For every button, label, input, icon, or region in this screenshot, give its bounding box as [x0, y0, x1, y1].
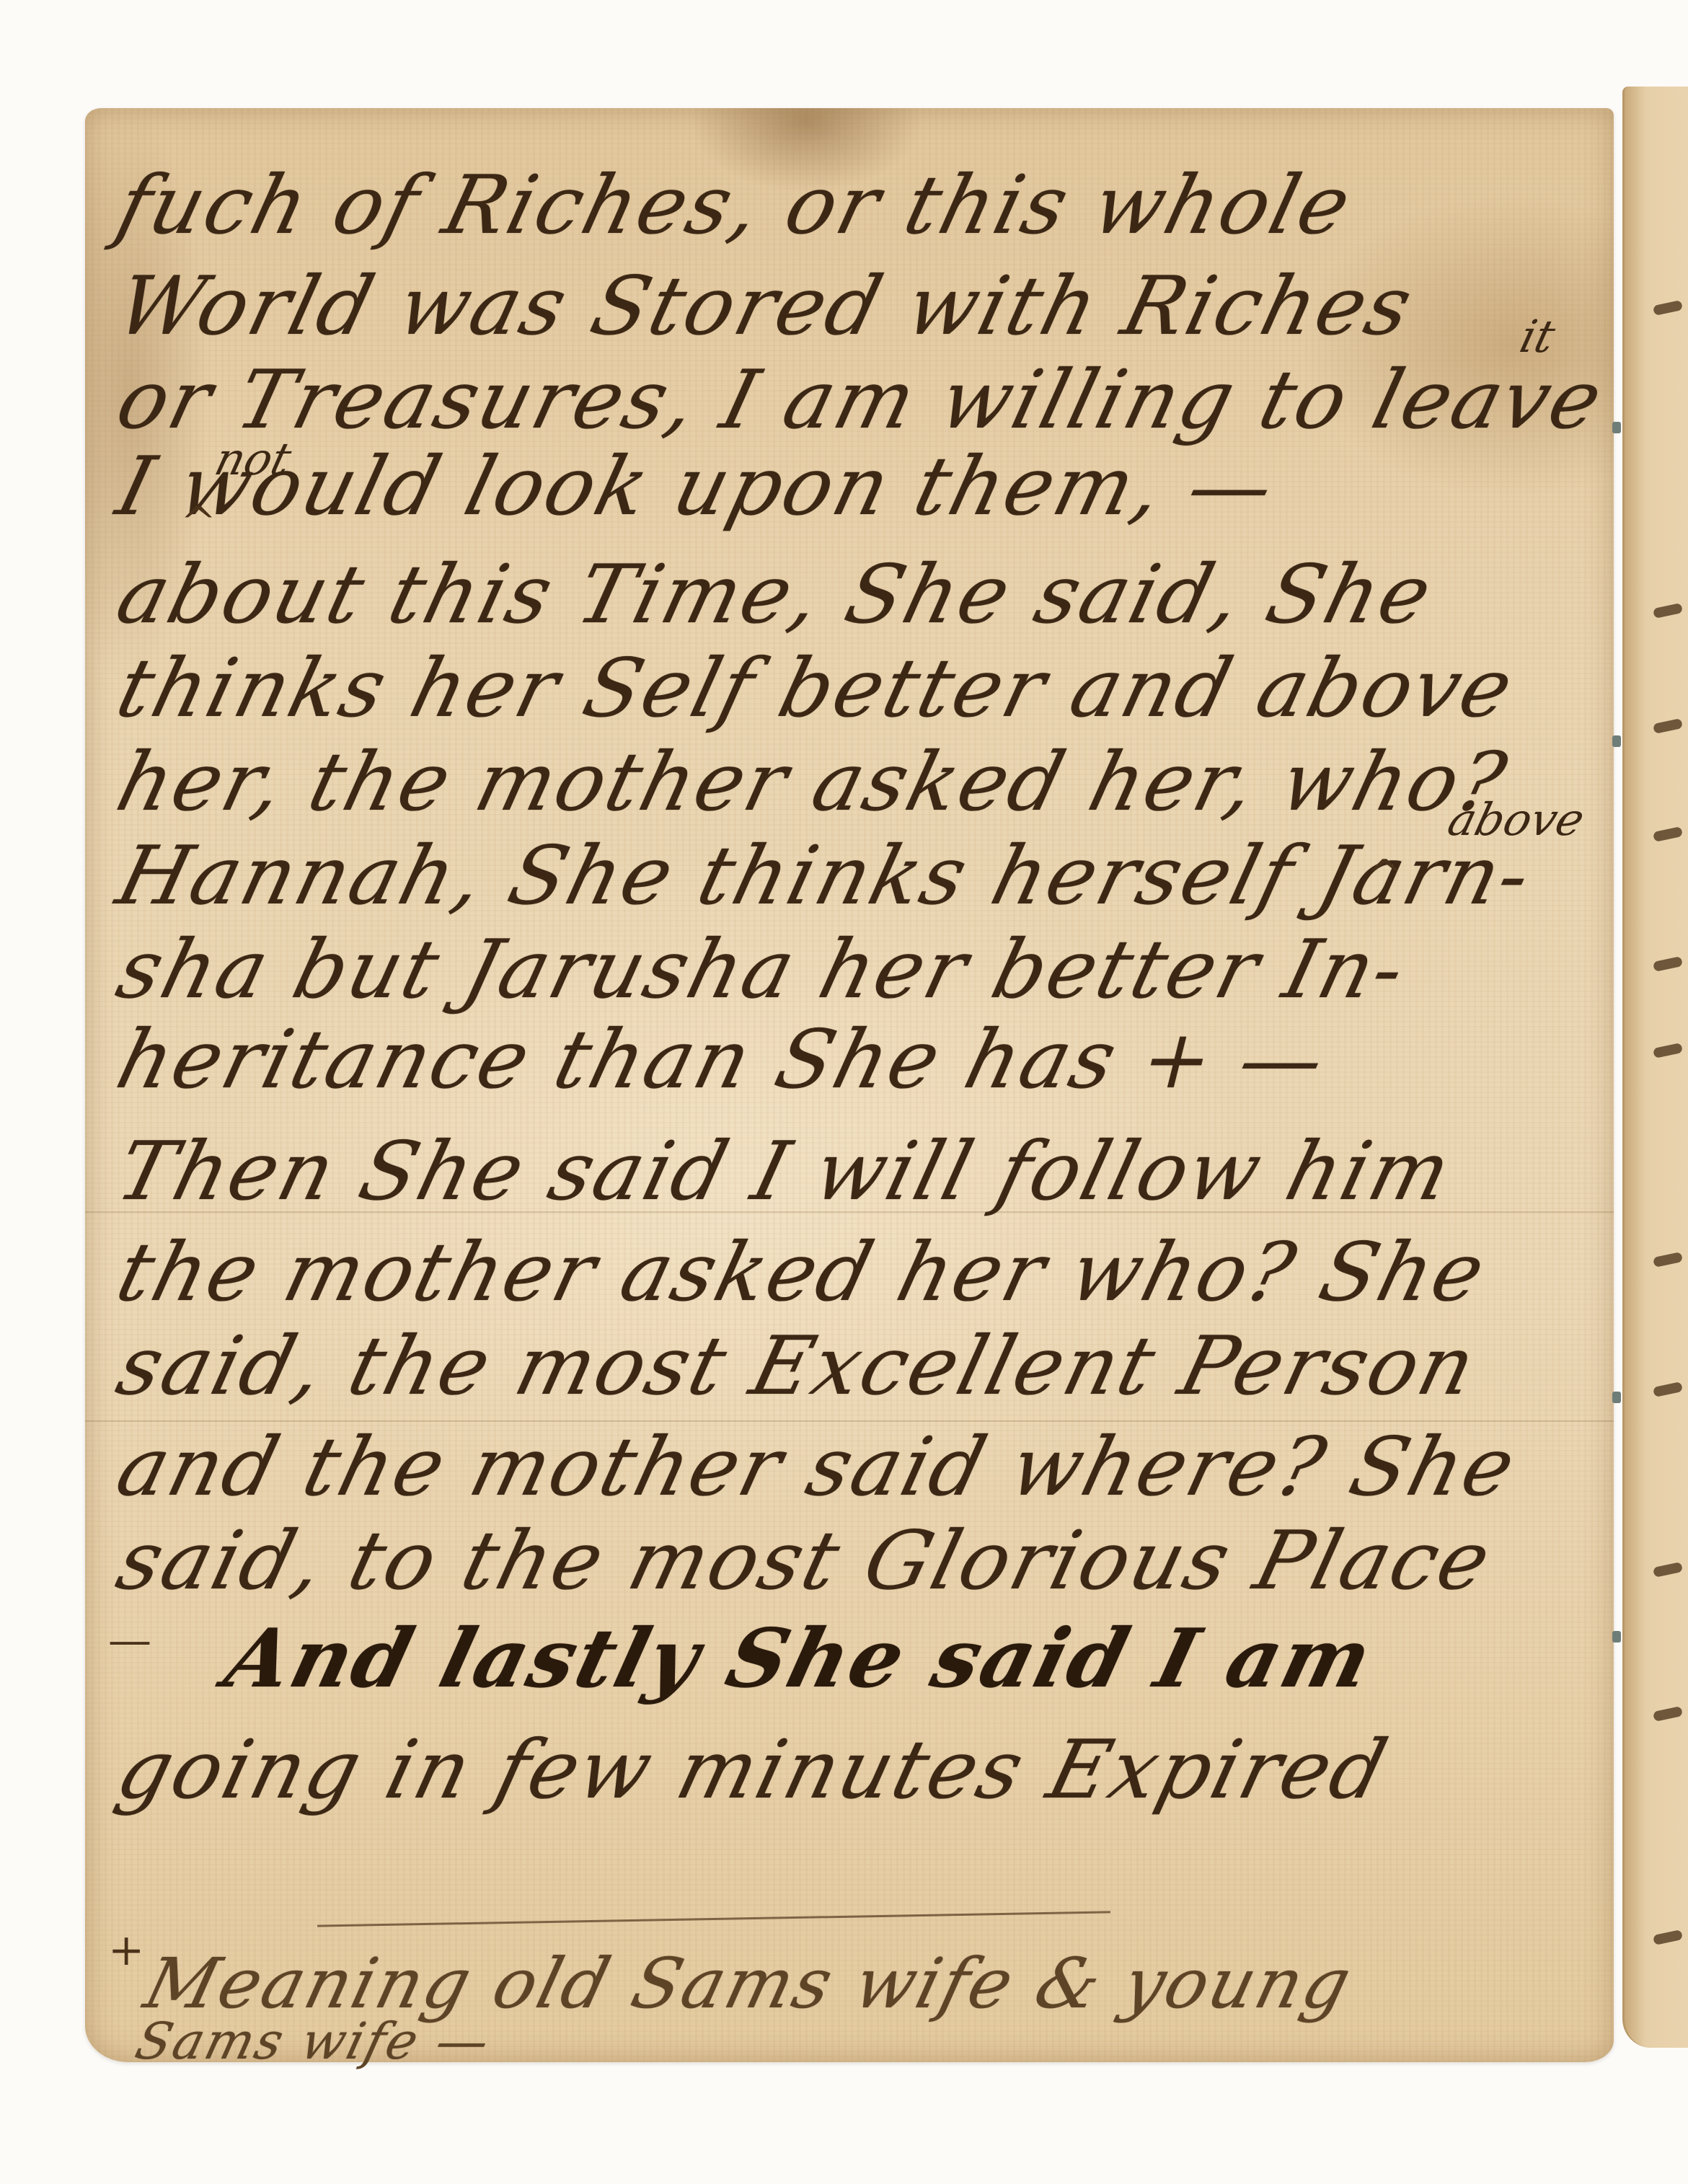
- ink-fragment: [1653, 300, 1683, 316]
- insertion-not: not: [210, 433, 296, 485]
- ink-fragment: [1653, 718, 1683, 734]
- manuscript-line-1: fuch of Riches, or this whole: [108, 159, 1361, 252]
- caret-mark: ^: [180, 498, 216, 548]
- ink-fragment: [1653, 1043, 1683, 1058]
- ink-fragment: [1653, 1929, 1683, 1945]
- manuscript-line-14: and the mother said where? She: [108, 1420, 1526, 1514]
- footnote-line-2: Sams wife —: [130, 2012, 498, 2071]
- ink-fragment: [1653, 1562, 1683, 1578]
- ink-fragment: [1653, 1381, 1683, 1397]
- ink-fragment: [1653, 1252, 1683, 1268]
- manuscript-line-17: going in few minutes Expired: [108, 1723, 1397, 1817]
- binding-stitch: [1612, 1631, 1621, 1643]
- footnote-marker: +: [108, 1925, 144, 1976]
- manuscript-line-12: the mother asked her who? She: [108, 1226, 1495, 1319]
- manuscript-line-5: about this Time, She said, She: [108, 548, 1442, 642]
- ink-fragment: [1653, 1706, 1683, 1722]
- binding-stitch: [1612, 1392, 1621, 1403]
- ink-fragment: [1653, 956, 1683, 972]
- manuscript-line-6: thinks her Self better and above: [108, 642, 1524, 735]
- manuscript-line-3: or Treasures, I am willing to leave: [108, 353, 1613, 447]
- manuscript-line-7: her, the mother asked her, who?: [108, 735, 1517, 829]
- manuscript-line-11: Then She said I will follow him: [108, 1125, 1462, 1219]
- manuscript-line-2: World was Stored with Riches: [108, 260, 1423, 353]
- binding-stitch: [1612, 735, 1621, 747]
- manuscript-line-13: said, the most Excellent Person: [108, 1319, 1486, 1413]
- margin-dash: —: [108, 1615, 151, 1666]
- facing-page-fragment: [1622, 87, 1688, 2048]
- manuscript-line-9: sha but Jarusha her better In-: [108, 923, 1415, 1017]
- manuscript-line-16: And lastly She said I am: [216, 1612, 1382, 1706]
- caret-mark: ^: [1366, 851, 1402, 901]
- manuscript-line-8: Hannah, She thinks herself Jarn-: [108, 829, 1542, 923]
- binding-stitch: [1612, 422, 1621, 433]
- manuscript-line-10: heritance than She has + —: [108, 1013, 1336, 1107]
- ink-fragment: [1653, 826, 1683, 842]
- manuscript-line-15: said, to the most Glorious Place: [108, 1514, 1501, 1608]
- insertion-above: above: [1443, 793, 1590, 846]
- ink-fragment: [1653, 603, 1683, 619]
